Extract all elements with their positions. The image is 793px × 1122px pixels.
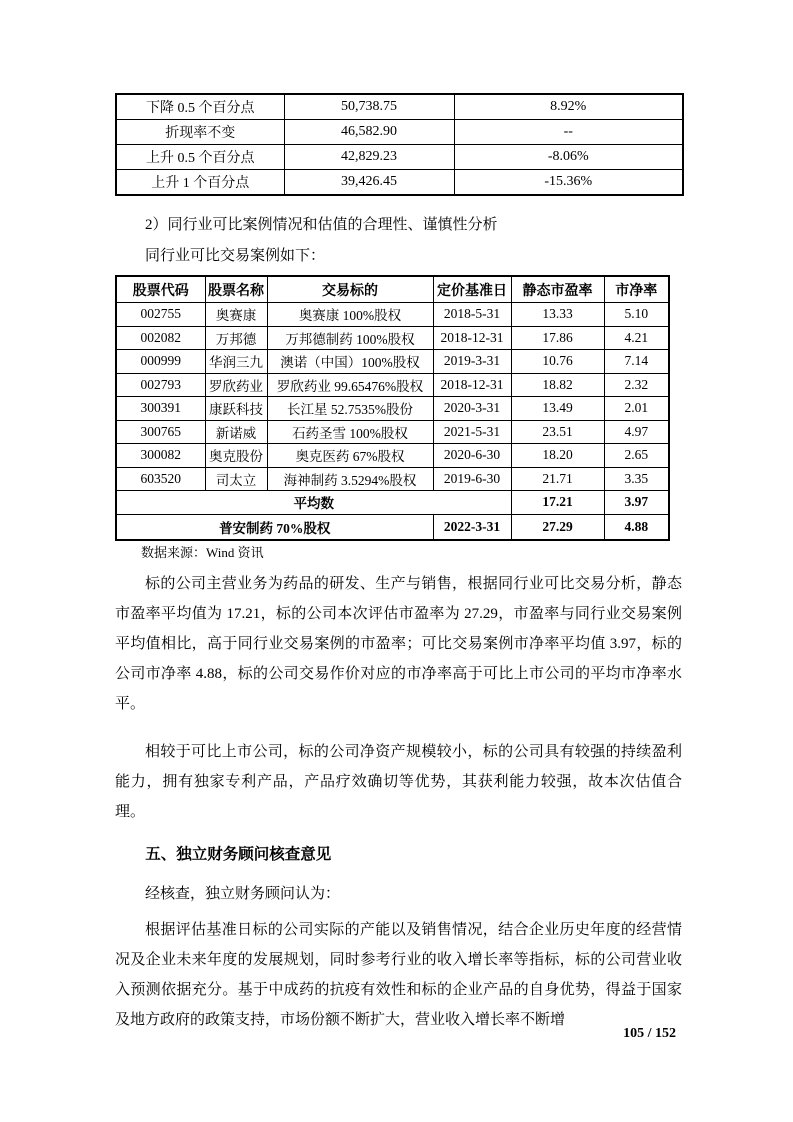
cell-date: 2020-6-30 bbox=[433, 444, 511, 468]
cell-pb: 5.10 bbox=[604, 303, 669, 327]
table-header-row: 股票代码 股票名称 交易标的 定价基准日 静态市盈率 市净率 bbox=[116, 276, 669, 303]
cell-average-label: 平均数 bbox=[116, 491, 511, 515]
data-source-note: 数据来源：Wind 资讯 bbox=[115, 543, 682, 563]
cell-code: 603520 bbox=[116, 467, 205, 491]
cell-pe: 18.20 bbox=[511, 444, 604, 468]
header-pb: 市净率 bbox=[604, 276, 669, 303]
cell-target: 万邦德制药 100%股权 bbox=[267, 326, 433, 350]
page-content: 下降 0.5 个百分点 50,738.75 8.92% 折现率不变 46,582… bbox=[115, 93, 682, 1035]
cell-pe: 18.82 bbox=[511, 373, 604, 397]
table-row: 300391 康跃科技 长江星 52.7535%股份 2020-3-31 13.… bbox=[116, 397, 669, 421]
cell-name: 康跃科技 bbox=[205, 397, 267, 421]
cell-name: 万邦德 bbox=[205, 326, 267, 350]
cell-subject-pe: 27.29 bbox=[511, 514, 604, 540]
cell-code: 300391 bbox=[116, 397, 205, 421]
cell-value: 46,582.90 bbox=[284, 120, 454, 145]
sensitivity-table: 下降 0.5 个百分点 50,738.75 8.92% 折现率不变 46,582… bbox=[115, 93, 684, 196]
cell-scenario: 上升 1 个百分点 bbox=[116, 170, 284, 196]
cell-pb: 2.32 bbox=[604, 373, 669, 397]
cell-scenario: 下降 0.5 个百分点 bbox=[116, 94, 284, 120]
cell-pb: 4.21 bbox=[604, 326, 669, 350]
cell-code: 300082 bbox=[116, 444, 205, 468]
table-row: 002793 罗欣药业 罗欣药业 99.65476%股权 2018-12-31 … bbox=[116, 373, 669, 397]
paragraph-pe-pb-analysis: 标的公司主营业务为药品的研发、生产与销售，根据同行业可比交易分析，静态市盈率平均… bbox=[115, 569, 682, 719]
cell-date: 2019-6-30 bbox=[433, 467, 511, 491]
cell-date: 2018-12-31 bbox=[433, 373, 511, 397]
cell-subject-label: 普安制药 70%股权 bbox=[116, 514, 433, 540]
cell-name: 司太立 bbox=[205, 467, 267, 491]
cell-date: 2018-5-31 bbox=[433, 303, 511, 327]
header-stock-code: 股票代码 bbox=[116, 276, 205, 303]
cell-value: 42,829.23 bbox=[284, 145, 454, 170]
cell-pb: 2.01 bbox=[604, 397, 669, 421]
cell-scenario: 上升 0.5 个百分点 bbox=[116, 145, 284, 170]
table-row: 002082 万邦德 万邦德制药 100%股权 2018-12-31 17.86… bbox=[116, 326, 669, 350]
cell-pb: 4.97 bbox=[604, 420, 669, 444]
cell-code: 300765 bbox=[116, 420, 205, 444]
cell-pe: 21.71 bbox=[511, 467, 604, 491]
cell-code: 000999 bbox=[116, 350, 205, 374]
table-row: 603520 司太立 海神制药 3.5294%股权 2019-6-30 21.7… bbox=[116, 467, 669, 491]
table-row: 300765 新诺威 石药圣雪 100%股权 2021-5-31 23.51 4… bbox=[116, 420, 669, 444]
cell-scenario: 折现率不变 bbox=[116, 120, 284, 145]
cell-subject-date: 2022-3-31 bbox=[433, 514, 511, 540]
subject-row: 普安制药 70%股权 2022-3-31 27.29 4.88 bbox=[116, 514, 669, 540]
cell-code: 002082 bbox=[116, 326, 205, 350]
cell-code: 002793 bbox=[116, 373, 205, 397]
table-row: 上升 1 个百分点 39,426.45 -15.36% bbox=[116, 170, 683, 196]
cell-value: 39,426.45 bbox=[284, 170, 454, 196]
paragraph-advisor-opinion: 根据评估基准日标的公司实际的产能以及销售情况，结合企业历史年度的经营情况及企业未… bbox=[115, 915, 682, 1035]
table-row: 000999 华润三九 澳诺（中国）100%股权 2019-3-31 10.76… bbox=[116, 350, 669, 374]
cell-name: 奥赛康 bbox=[205, 303, 267, 327]
cell-pe: 10.76 bbox=[511, 350, 604, 374]
cell-target: 澳诺（中国）100%股权 bbox=[267, 350, 433, 374]
cell-change: 8.92% bbox=[454, 94, 683, 120]
cell-pe: 23.51 bbox=[511, 420, 604, 444]
section-heading-advisor-opinion: 五、独立财务顾问核查意见 bbox=[115, 843, 682, 867]
cell-date: 2021-5-31 bbox=[433, 420, 511, 444]
cell-value: 50,738.75 bbox=[284, 94, 454, 120]
table-row: 002755 奥赛康 奥赛康 100%股权 2018-5-31 13.33 5.… bbox=[116, 303, 669, 327]
paragraph-advisor-intro: 经核查，独立财务顾问认为： bbox=[115, 879, 682, 909]
comparables-table: 股票代码 股票名称 交易标的 定价基准日 静态市盈率 市净率 002755 奥赛… bbox=[115, 275, 670, 541]
cell-name: 奥克股份 bbox=[205, 444, 267, 468]
paragraph-valuation-reasonableness: 相较于可比上市公司，标的公司净资产规模较小，标的公司具有较强的持续盈利能力，拥有… bbox=[115, 737, 682, 827]
table-row: 折现率不变 46,582.90 -- bbox=[116, 120, 683, 145]
cell-code: 002755 bbox=[116, 303, 205, 327]
header-static-pe: 静态市盈率 bbox=[511, 276, 604, 303]
cell-date: 2019-3-31 bbox=[433, 350, 511, 374]
cell-name: 华润三九 bbox=[205, 350, 267, 374]
cell-pe: 13.49 bbox=[511, 397, 604, 421]
table-row: 300082 奥克股份 奥克医药 67%股权 2020-6-30 18.20 2… bbox=[116, 444, 669, 468]
cell-average-pe: 17.21 bbox=[511, 491, 604, 515]
cell-pb: 2.65 bbox=[604, 444, 669, 468]
table-row: 上升 0.5 个百分点 42,829.23 -8.06% bbox=[116, 145, 683, 170]
cell-target: 奥赛康 100%股权 bbox=[267, 303, 433, 327]
cell-target: 长江星 52.7535%股份 bbox=[267, 397, 433, 421]
cell-name: 罗欣药业 bbox=[205, 373, 267, 397]
cell-average-pb: 3.97 bbox=[604, 491, 669, 515]
cell-target: 海神制药 3.5294%股权 bbox=[267, 467, 433, 491]
cell-pe: 17.86 bbox=[511, 326, 604, 350]
cell-target: 石药圣雪 100%股权 bbox=[267, 420, 433, 444]
cell-date: 2020-3-31 bbox=[433, 397, 511, 421]
table-row: 下降 0.5 个百分点 50,738.75 8.92% bbox=[116, 94, 683, 120]
cell-target: 罗欣药业 99.65476%股权 bbox=[267, 373, 433, 397]
cell-change: -15.36% bbox=[454, 170, 683, 196]
cell-pb: 3.35 bbox=[604, 467, 669, 491]
subsection-heading: 2）同行业可比案例情况和估值的合理性、谨慎性分析 bbox=[115, 210, 682, 241]
header-target: 交易标的 bbox=[267, 276, 433, 303]
cell-subject-pb: 4.88 bbox=[604, 514, 669, 540]
average-row: 平均数 17.21 3.97 bbox=[116, 491, 669, 515]
cell-target: 奥克医药 67%股权 bbox=[267, 444, 433, 468]
cell-date: 2018-12-31 bbox=[433, 326, 511, 350]
cell-pb: 7.14 bbox=[604, 350, 669, 374]
header-stock-name: 股票名称 bbox=[205, 276, 267, 303]
cell-change: -8.06% bbox=[454, 145, 683, 170]
cell-pe: 13.33 bbox=[511, 303, 604, 327]
page-number: 105 / 152 bbox=[623, 1026, 676, 1042]
document-page: 下降 0.5 个百分点 50,738.75 8.92% 折现率不变 46,582… bbox=[0, 0, 793, 1122]
cell-name: 新诺威 bbox=[205, 420, 267, 444]
header-pricing-date: 定价基准日 bbox=[433, 276, 511, 303]
cell-change: -- bbox=[454, 120, 683, 145]
intro-line: 同行业可比交易案例如下： bbox=[115, 241, 682, 272]
